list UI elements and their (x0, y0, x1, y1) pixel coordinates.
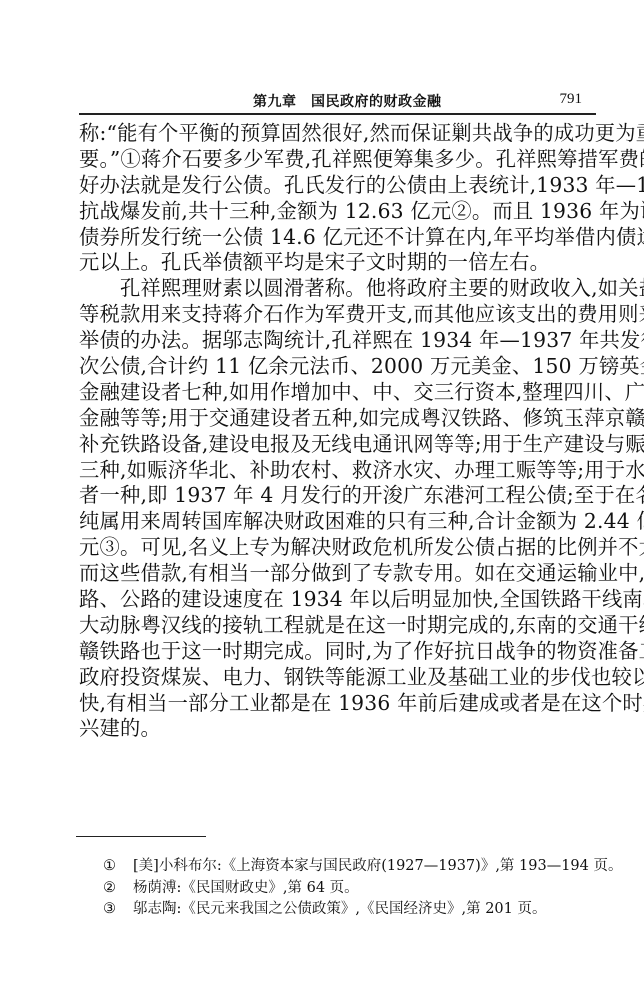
body-text: 称:“能有个平衡的预算固然很好,然而保证剿共战争的成功更为重 要。”①蒋介石要多… (79, 121, 599, 742)
footnotes: ① [美]小科布尔:《上海资本家与国民政府(1927—1937)》,第 193—… (103, 856, 603, 921)
footnote-2: ② 杨荫溥:《民国财政史》,第 64 页。 (103, 878, 603, 900)
text-line: 次公债,合计约 11 亿余元法币、2000 万元美金、150 万镑英金。计用于 (79, 354, 599, 380)
text-line: 大动脉粤汉线的接轨工程就是在这一时期完成的,东南的交通干线浙 (79, 613, 599, 639)
footnote-marker: ③ (103, 899, 133, 921)
text-line: 快,有相当一部分工业都是在 1936 年前后建成或者是在这个时期动工 (79, 691, 599, 717)
text-line: 而这些借款,有相当一部分做到了专款专用。如在交通运输业中,铁 (79, 561, 599, 587)
text-line: 金融建设者七种,如用作增加中、中、交三行资本,整理四川、广西等省 (79, 380, 599, 406)
text-line: 政府投资煤炭、电力、钢铁等能源工业及基础工业的步伐也较以前加 (79, 665, 599, 691)
text-line: 债券所发行统一公债 14.6 亿元还不计算在内,年平均举借内债达 3 亿 (79, 225, 599, 251)
text-line: 抗战爆发前,共十三种,金额为 12.63 亿元②。而且 1936 年为调换旧 (79, 199, 599, 225)
footnote-marker: ② (103, 878, 133, 900)
text-line: 纯属用来周转国库解决财政困难的只有三种,合计金额为 2.44 亿 (79, 509, 599, 535)
footnote-text: 杨荫溥:《民国财政史》,第 64 页。 (133, 878, 359, 900)
text-line: 要。”①蒋介石要多少军费,孔祥熙便筹集多少。孔祥熙筹措军费的最 (79, 147, 599, 173)
footnote-text: 邬志陶:《民元来我国之公债政策》,《民国经济史》,第 201 页。 (133, 899, 547, 921)
text-line: 元以上。孔氏举债额平均是宋子文时期的一倍左右。 (79, 250, 599, 276)
text-line: 举债的办法。据邬志陶统计,孔祥熙在 1934 年—1937 年共发行十九 (79, 328, 599, 354)
text-line: 等税款用来支持蒋介石作为军费开支,而其他应该支出的费用则采取 (79, 302, 599, 328)
text-line: 称:“能有个平衡的预算固然很好,然而保证剿共战争的成功更为重 (79, 121, 599, 147)
text-line: 元③。可见,名义上专为解决财政危机所发公债占据的比例并不大。 (79, 535, 599, 561)
text-line: 赣铁路也于这一时期完成。同时,为了作好抗日战争的物资准备工作, (79, 639, 599, 665)
chapter-title: 第九章 国民政府的财政金融 (253, 91, 442, 111)
text-line: 者一种,即 1937 年 4 月发行的开浚广东港河工程公债;至于在名义上 (79, 483, 599, 509)
paragraph-start-line: 孔祥熙理财素以圆滑著称。他将政府主要的财政收入,如关盐统 (79, 276, 599, 302)
text-line: 兴建的。 (79, 716, 599, 742)
footnote-1: ① [美]小科布尔:《上海资本家与国民政府(1927—1937)》,第 193—… (103, 856, 603, 878)
footnote-rule (76, 836, 206, 837)
text-line: 路、公路的建设速度在 1934 年以后明显加快,全国铁路干线南北交通 (79, 587, 599, 613)
text-line: 补充铁路设备,建设电报及无线电通讯网等等;用于生产建设与赈济者 (79, 432, 599, 458)
footnote-text: [美]小科布尔:《上海资本家与国民政府(1927—1937)》,第 193—19… (133, 856, 623, 878)
footnote-marker: ① (103, 856, 133, 878)
book-page: 第九章 国民政府的财政金融 791 称:“能有个平衡的预算固然很好,然而保证剿共… (0, 0, 644, 1000)
footnote-3: ③ 邬志陶:《民元来我国之公债政策》,《民国经济史》,第 201 页。 (103, 899, 603, 921)
text-line: 金融等等;用于交通建设者五种,如完成粤汉铁路、修筑玉萍京赣铁路, (79, 406, 599, 432)
page-number: 791 (560, 91, 583, 108)
text-line: 三种,如赈济华北、补助农村、救济水灾、办理工赈等等;用于水利建设 (79, 458, 599, 484)
running-header: 第九章 国民政府的财政金融 791 (79, 91, 596, 111)
header-rule (79, 113, 596, 115)
text-line: 好办法就是发行公债。孔氏发行的公债由上表统计,1933 年—1937 年 (79, 173, 599, 199)
